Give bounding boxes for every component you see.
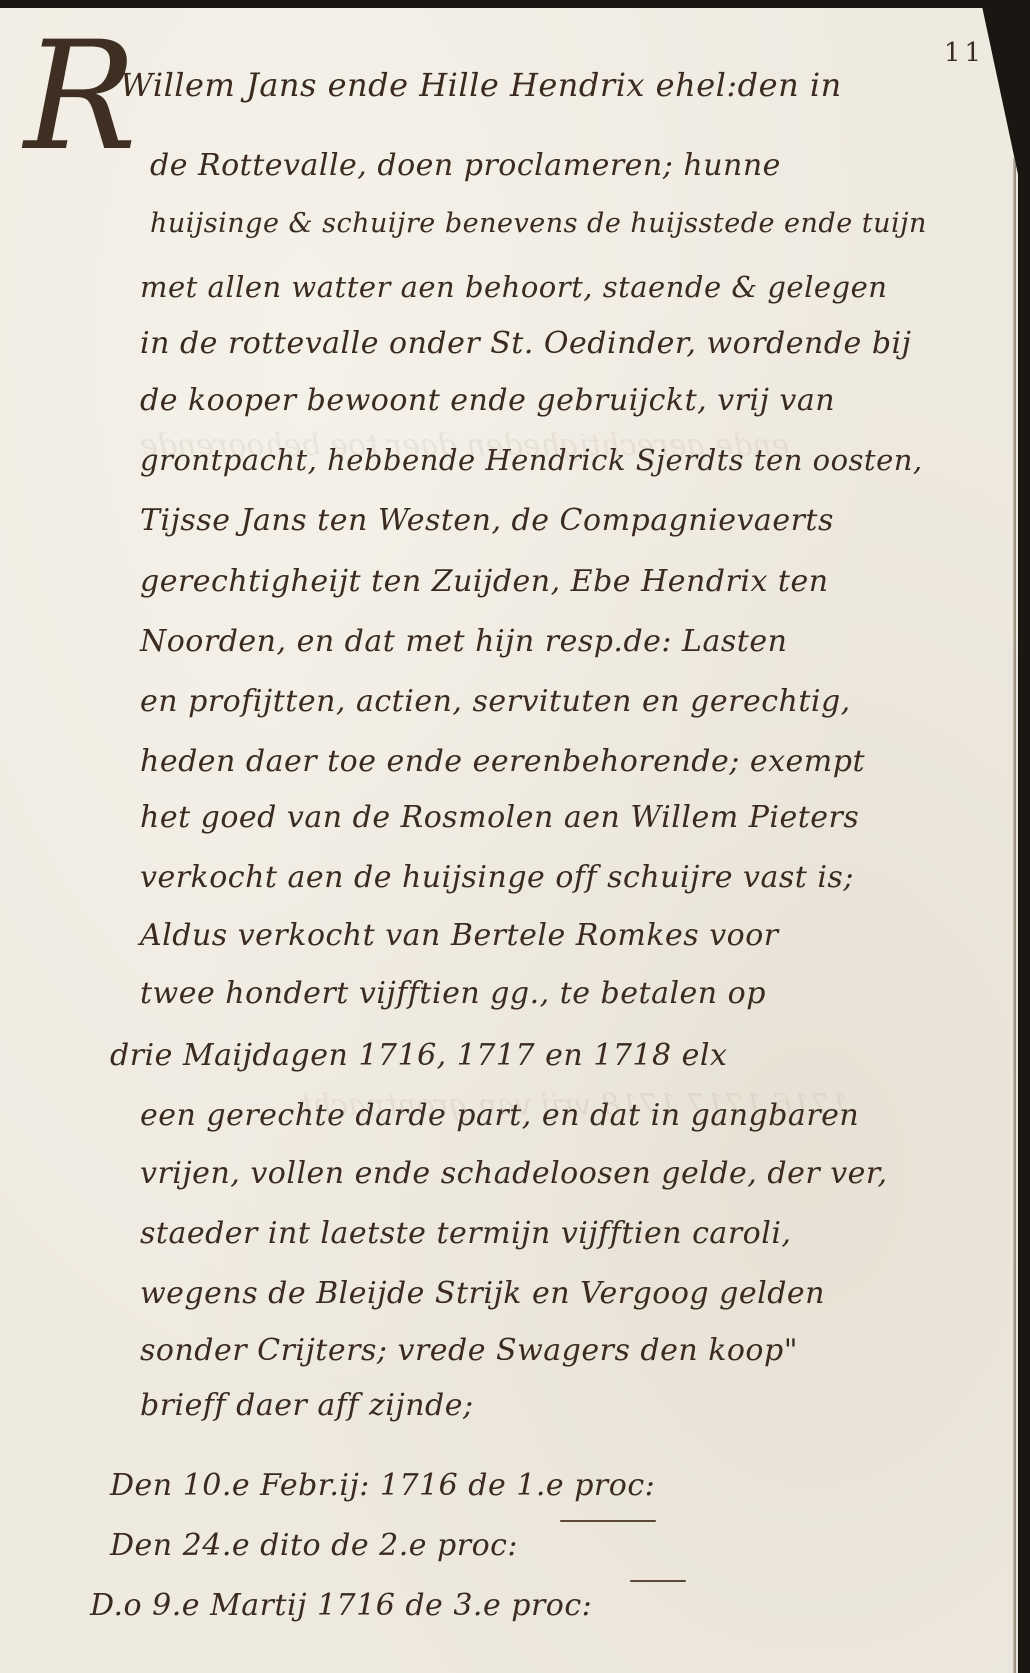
text-line: een gerechte darde part, en dat in gangb… [140,1098,859,1133]
text-line: Tijsse Jans ten Westen, de Compagnievaer… [140,503,834,538]
proclamation-line: D.o 9.e Martij 1716 de 3.e proc: [90,1588,592,1623]
text-line: Aldus verkocht van Bertele Romkes voor [140,918,779,953]
text-line: wegens de Bleijde Strijk en Vergoog geld… [140,1276,825,1311]
text-line: met allen watter aen behoort, staende & … [140,270,887,304]
text-line: de Rottevalle, doen proclameren; hunne [150,148,781,183]
text-line: vrijen, vollen ende schadeloosen gelde, … [140,1156,888,1191]
text-line: brieff daer aff zijnde; [140,1388,474,1423]
underline-rule [630,1580,686,1582]
text-line: grontpacht, hebbende Hendrick Sjerdts te… [140,443,923,477]
text-line: de kooper bewoont ende gebruijckt, vrij … [140,383,835,418]
page-edge [1013,158,1016,1673]
text-line: drie Maijdagen 1716, 1717 en 1718 elx [110,1038,727,1073]
text-line: huijsinge & schuijre benevens de huijsst… [150,208,927,239]
text-line: Willem Jans ende Hille Hendrix ehel:den … [120,66,842,104]
text-line: staeder int laetste termijn vijfftien ca… [140,1216,791,1251]
text-line: gerechtigheijt ten Zuijden, Ebe Hendrix … [140,564,829,599]
text-line: sonder Crijters; vrede Swagers den koop" [140,1333,798,1368]
text-line: verkocht aen de huijsinge off schuijre v… [140,860,854,895]
text-line: en profijtten, actien, servituten en ger… [140,684,851,719]
text-line: Noorden, en dat met hijn resp.de: Lasten [140,624,787,659]
text-line: twee hondert vijfftien gg., te betalen o… [140,976,766,1011]
text-line: heden daer toe ende eerenbehorende; exem… [140,744,865,779]
text-line: het goed van de Rosmolen aen Willem Piet… [140,800,859,835]
proclamation-line: Den 24.e dito de 2.e proc: [110,1528,518,1563]
manuscript-page: ende gerechtigheden daer toe behoorende … [0,8,1018,1673]
text-line: in de rottevalle onder St. Oedinder, wor… [140,326,911,361]
proclamation-line: Den 10.e Febr.ij: 1716 de 1.e proc: [110,1468,655,1503]
folio-number: 11 [944,38,985,68]
underline-rule [560,1520,656,1522]
